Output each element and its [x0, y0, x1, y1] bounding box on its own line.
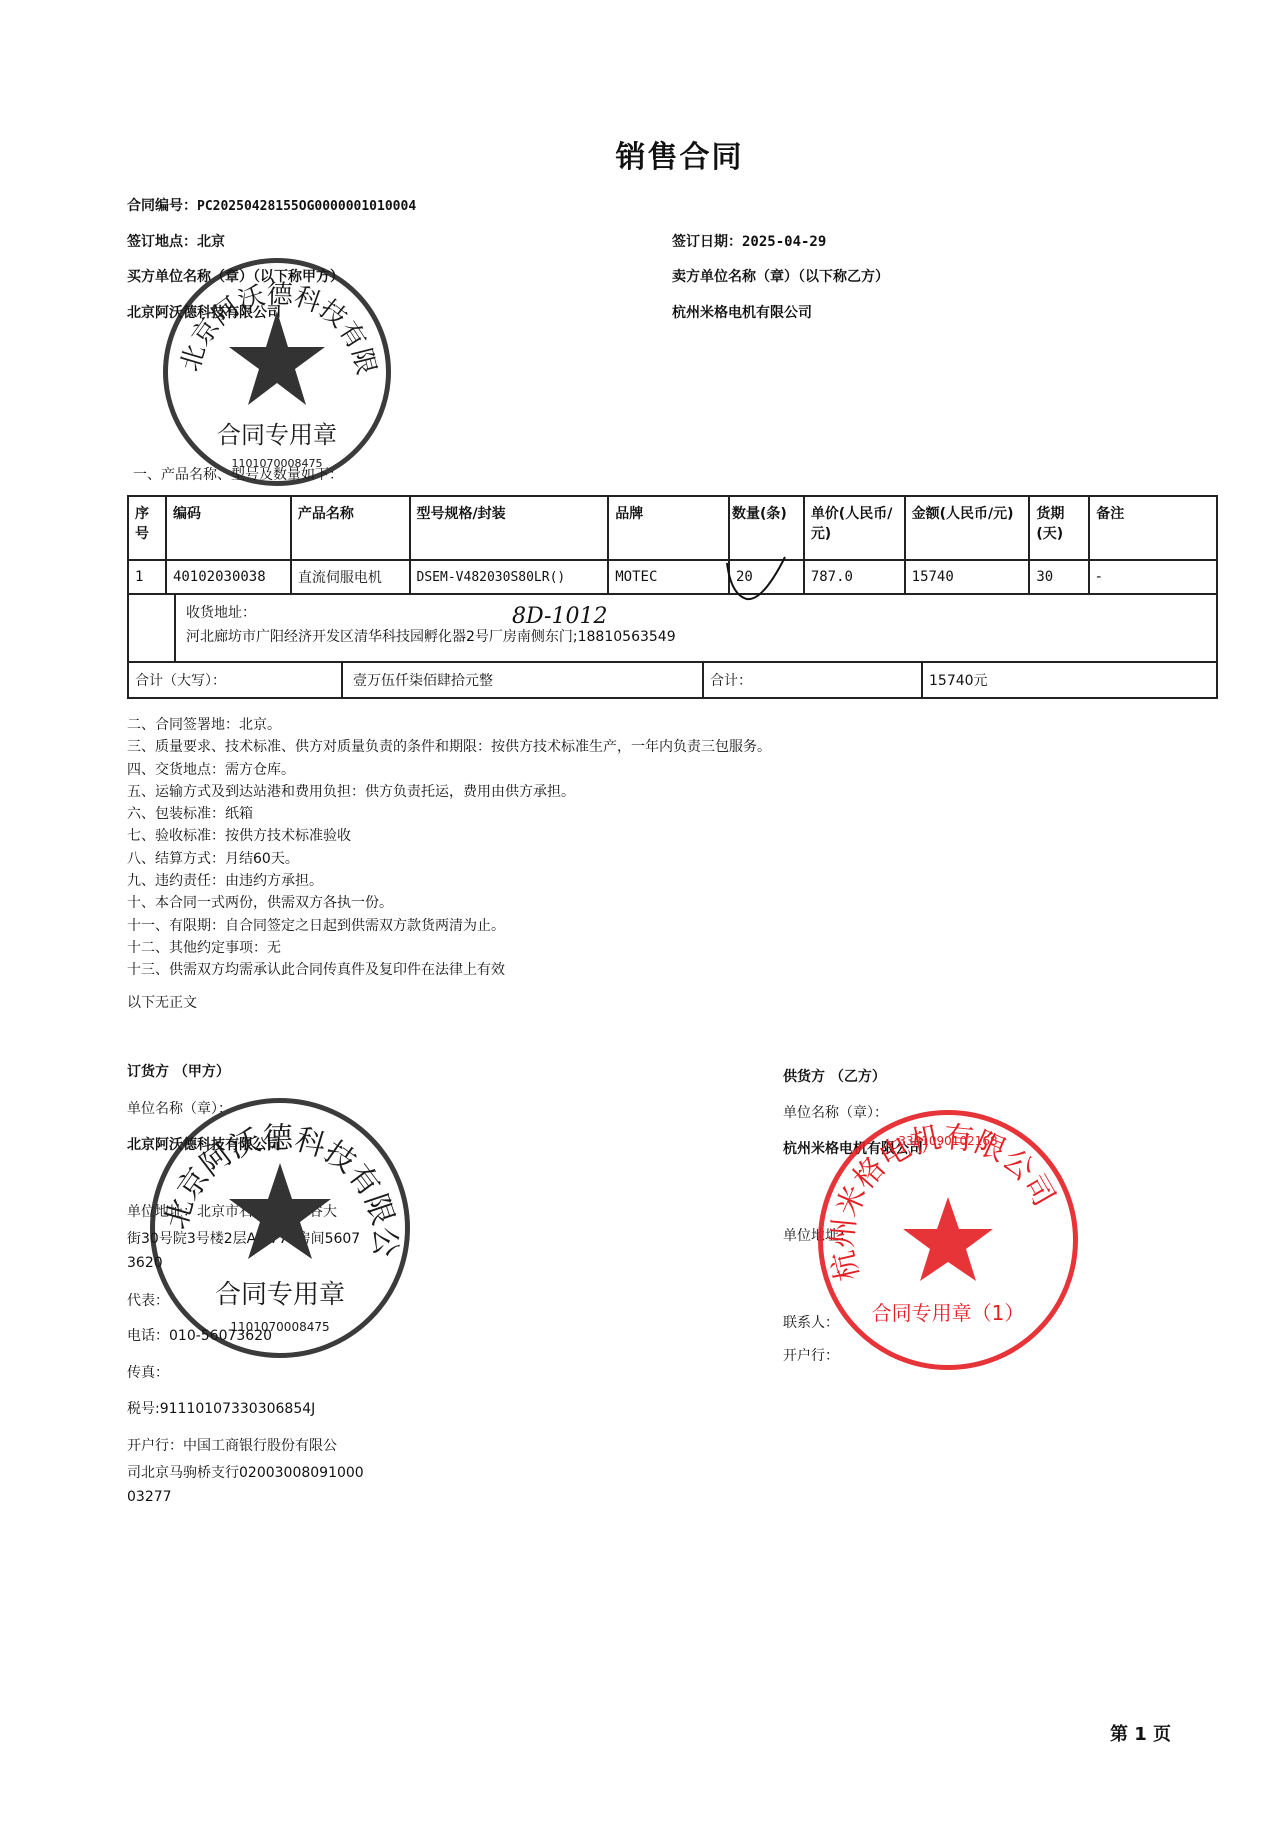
buyer-tax: 税号:91110107330306854J: [127, 1398, 315, 1418]
clause-item: 三、质量要求、技术标准、供方对质量负责的条件和期限：按供方技术标准生产，一年内负…: [127, 736, 771, 758]
buyer-phone: 电话：010-56073620: [127, 1325, 272, 1345]
clause-item: 五、运输方式及到达站港和费用负担：供方负责托运，费用由供方承担。: [127, 781, 771, 803]
seller-address-label: 单位地址：: [783, 1225, 853, 1245]
buyer-bank: 开户行：中国工商银行股份有限公: [127, 1435, 337, 1455]
cell-remark: -: [1089, 560, 1217, 594]
sign-place-value: 北京: [197, 234, 225, 250]
svg-text:合同专用章: 合同专用章: [215, 1280, 345, 1310]
buyer-rep-label: 代表：: [127, 1290, 169, 1310]
cell-product-name: 直流伺服电机: [291, 560, 410, 594]
clause-item: 十、本合同一式两份，供需双方各执一份。: [127, 892, 771, 914]
buyer-address: 单位地址：北京市石景山区鲁谷大: [127, 1201, 337, 1221]
buyer-phone-value: 010-56073620: [169, 1328, 272, 1344]
header-model: 型号规格/封装: [410, 496, 609, 560]
document-title: 销售合同: [0, 132, 1279, 176]
cell-amount: 15740: [905, 560, 1030, 594]
end-note: 以下无正文: [127, 992, 197, 1012]
header-code: 编码: [166, 496, 291, 560]
clause-item: 四、交货地点：需方仓库。: [127, 759, 771, 781]
cell-brand: MOTEC: [608, 560, 729, 594]
cell-seq: 1: [128, 560, 166, 594]
buyer-tax-value: 91110107330306854J: [160, 1401, 316, 1417]
table-row: 1 40102030038 直流伺服电机 DSEM-V482030S80LR()…: [128, 560, 1217, 594]
buyer-address-label: 单位地址：: [127, 1204, 197, 1220]
clauses-list: 二、合同签署地：北京。 三、质量要求、技术标准、供方对质量负责的条件和期限：按供…: [127, 714, 771, 982]
buyer-address-line2: 街30号院3号楼2层A-0773房间5607: [127, 1228, 360, 1248]
seller-label: 卖方单位名称（章）（以下称乙方）: [672, 266, 889, 286]
header-qty: 数量(条): [729, 496, 804, 560]
header-unit-price: 单价(人民币/元): [804, 496, 905, 560]
buyer-bank-line3: 03277: [127, 1489, 172, 1505]
sign-place-label: 签订地点：: [127, 234, 197, 250]
buyer-fax-label: 传真：: [127, 1362, 169, 1382]
svg-text:合同专用章（1）: 合同专用章（1）: [872, 1301, 1025, 1325]
header-brand: 品牌: [608, 496, 729, 560]
buyer-label: 买方单位名称（章）（以下称甲方）: [127, 266, 344, 286]
buyer-unit-name: 北京阿沃德科技有限公司: [127, 1134, 281, 1154]
checkmark-icon: [725, 555, 795, 605]
sign-date: 签订日期：2025-04-29: [672, 231, 826, 251]
buyer-tax-label: 税号:: [127, 1401, 160, 1417]
cell-lead-time: 30: [1029, 560, 1089, 594]
contract-number-label: 合同编号：: [127, 198, 197, 214]
sign-place: 签订地点：北京: [127, 231, 225, 251]
clause-item: 二、合同签署地：北京。: [127, 714, 771, 736]
contract-number-value: PC20250428155OG0000001010004: [197, 199, 416, 214]
seller-heading: 供货方 （乙方）: [783, 1066, 886, 1086]
header-amount: 金额(人民币/元): [905, 496, 1030, 560]
buyer-heading: 订货方 （甲方）: [127, 1062, 230, 1082]
sign-date-label: 签订日期：: [672, 234, 742, 250]
clause-item: 十二、其他约定事项：无: [127, 937, 771, 959]
clause-item: 七、验收标准：按供方技术标准验收: [127, 825, 771, 847]
cell-model: DSEM-V482030S80LR(): [410, 560, 609, 594]
header-seq: 序号: [128, 496, 166, 560]
clause-item: 九、违约责任：由违约方承担。: [127, 870, 771, 892]
buyer-bank-line1: 中国工商银行股份有限公: [183, 1438, 337, 1454]
buyer-address-line3: 3620: [127, 1255, 163, 1271]
address-row: 收货地址： 河北廊坊市广阳经济开发区清华科技园孵化器2号厂房南侧东门;18810…: [128, 594, 1217, 662]
svg-text:合同专用章: 合同专用章: [217, 421, 337, 449]
page-number: 第 1 页: [1110, 1720, 1171, 1746]
section1-label: 一、产品名称、型号及数量如下：: [133, 464, 343, 484]
seller-bank-label: 开户行：: [783, 1345, 839, 1365]
contract-number: 合同编号：PC20250428155OG0000001010004: [127, 195, 416, 215]
sign-date-value: 2025-04-29: [742, 234, 826, 250]
buyer-top-seal-icon: 北京阿沃德科技有限公司 合同专用章 1101070008475: [163, 258, 391, 486]
items-table: 序号 编码 产品名称 型号规格/封装 品牌 数量(条) 单价(人民币/元) 金额…: [127, 495, 1218, 699]
seller-contact-label: 联系人：: [783, 1312, 839, 1332]
buyer-address-line1: 北京市石景山区鲁谷大: [197, 1204, 337, 1220]
cell-code: 40102030038: [166, 560, 291, 594]
total-caps-value: 壹万伍仟柒佰肆拾元整: [343, 663, 704, 697]
buyer-bank-line2: 司北京马驹桥支行02003008091000: [127, 1462, 364, 1482]
total-value: 15740元: [923, 663, 994, 697]
header-product-name: 产品名称: [291, 496, 410, 560]
clause-item: 八、结算方式：月结60天。: [127, 848, 771, 870]
seller-unit-name-label: 单位名称（章）：: [783, 1102, 888, 1122]
handwritten-note: 8D-1012: [512, 604, 607, 629]
cell-unit-price: 787.0: [804, 560, 905, 594]
total-label: 合计：: [704, 663, 923, 697]
buyer-block: 订货方 （甲方）: [127, 1062, 230, 1082]
seller-name: 杭州米格电机有限公司: [672, 302, 812, 322]
table-header-row: 序号 编码 产品名称 型号规格/封装 品牌 数量(条) 单价(人民币/元) 金额…: [128, 496, 1217, 560]
header-remark: 备注: [1089, 496, 1217, 560]
buyer-name: 北京阿沃德科技有限公司: [127, 302, 281, 322]
header-lead-time: 货期(天): [1029, 496, 1089, 560]
buyer-phone-label: 电话：: [127, 1328, 169, 1344]
clause-item: 十一、有限期：自合同签定之日起到供需双方款货两清为止。: [127, 915, 771, 937]
total-caps-label: 合计（大写）：: [129, 663, 343, 697]
buyer-bank-label: 开户行：: [127, 1438, 183, 1454]
totals-row: 合计（大写）： 壹万伍仟柒佰肆拾元整 合计： 15740元: [128, 662, 1217, 698]
clause-item: 六、包装标准：纸箱: [127, 803, 771, 825]
buyer-unit-name-label: 单位名称（章）：: [127, 1098, 232, 1118]
clause-item: 十三、供需双方均需承认此合同传真件及复印件在法律上有效: [127, 959, 771, 981]
seller-unit-name: 杭州米格电机有限公司: [783, 1138, 923, 1158]
